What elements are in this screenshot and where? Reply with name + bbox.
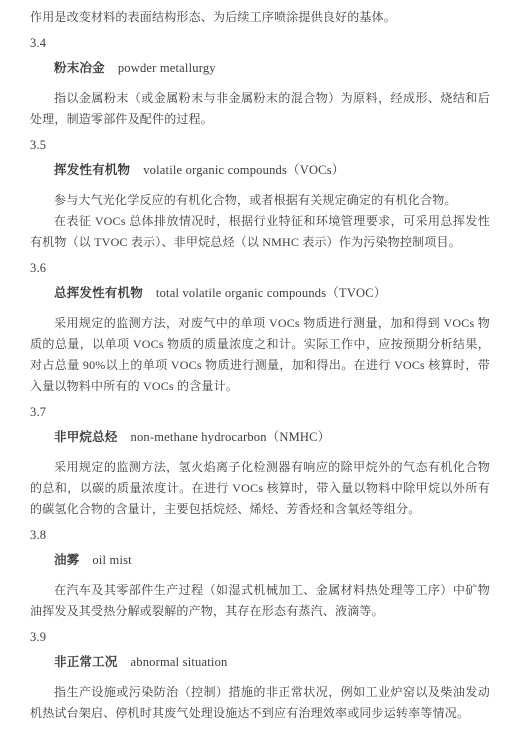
definition-paragraph: 采用规定的监测方法，对废气中的单项 VOCs 物质进行测量，加和得到 VOCs … [30, 313, 490, 397]
definition-paragraph: 采用规定的监测方法，氢火焰离子化检测器有响应的除甲烷外的气态有机化合物的总和，以… [30, 457, 490, 520]
term-heading-3-6: 总挥发性有机物total volatile organic compounds（… [30, 283, 490, 304]
term-zh: 油雾 [54, 553, 79, 567]
term-heading-3-4: 粉末冶金powder metallurgy [30, 58, 490, 79]
term-zh: 总挥发性有机物 [54, 286, 143, 300]
definition-paragraph: 在汽车及其零部件生产过程（如湿式机械加工、金属材料热处理等工序）中矿物油挥发及其… [30, 580, 490, 622]
term-en: powder metallurgy [118, 61, 216, 75]
continuation-paragraph: 作用是改变材料的表面结构形态、为后续工序喷涂提供良好的基体。 [30, 7, 490, 28]
term-zh: 挥发性有机物 [54, 163, 130, 177]
term-heading-3-9: 非正常工况abnormal situation [30, 652, 490, 673]
definition-paragraph: 参与大气光化学反应的有机化合物，或者根据有关规定确定的有机化合物。 [30, 190, 490, 211]
section-number-3-9: 3.9 [30, 627, 490, 648]
term-heading-3-7: 非甲烷总烃non-methane hydrocarbon（NMHC） [30, 427, 490, 448]
section-number-3-5: 3.5 [30, 135, 490, 156]
section-number-3-7: 3.7 [30, 402, 490, 423]
term-zh: 粉末冶金 [54, 61, 105, 75]
term-en: total volatile organic compounds（TVOC） [156, 286, 387, 300]
section-number-3-4: 3.4 [30, 33, 490, 54]
term-en: non-methane hydrocarbon（NMHC） [131, 430, 331, 444]
section-number-3-8: 3.8 [30, 525, 490, 546]
term-zh: 非甲烷总烃 [54, 430, 118, 444]
definition-paragraph: 指生产设施或污染防治（控制）措施的非正常状况，例如工业炉窑以及柴油发动机热试台架… [30, 682, 490, 724]
document-page: 作用是改变材料的表面结构形态、为后续工序喷涂提供良好的基体。 3.4 粉末冶金p… [0, 0, 519, 746]
term-en: oil mist [92, 553, 131, 567]
definition-paragraph: 在表征 VOCs 总体排放情况时，根据行业特征和环境管理要求，可采用总挥发性有机… [30, 211, 490, 253]
term-en: volatile organic compounds（VOCs） [143, 163, 344, 177]
term-heading-3-5: 挥发性有机物volatile organic compounds（VOCs） [30, 160, 490, 181]
definition-paragraph: 指以金属粉末（或金属粉末与非金属粉末的混合物）为原料，经成形、烧结和后处理，制造… [30, 88, 490, 130]
term-zh: 非正常工况 [54, 655, 118, 669]
term-heading-3-8: 油雾oil mist [30, 550, 490, 571]
term-en: abnormal situation [131, 655, 228, 669]
section-number-3-6: 3.6 [30, 258, 490, 279]
